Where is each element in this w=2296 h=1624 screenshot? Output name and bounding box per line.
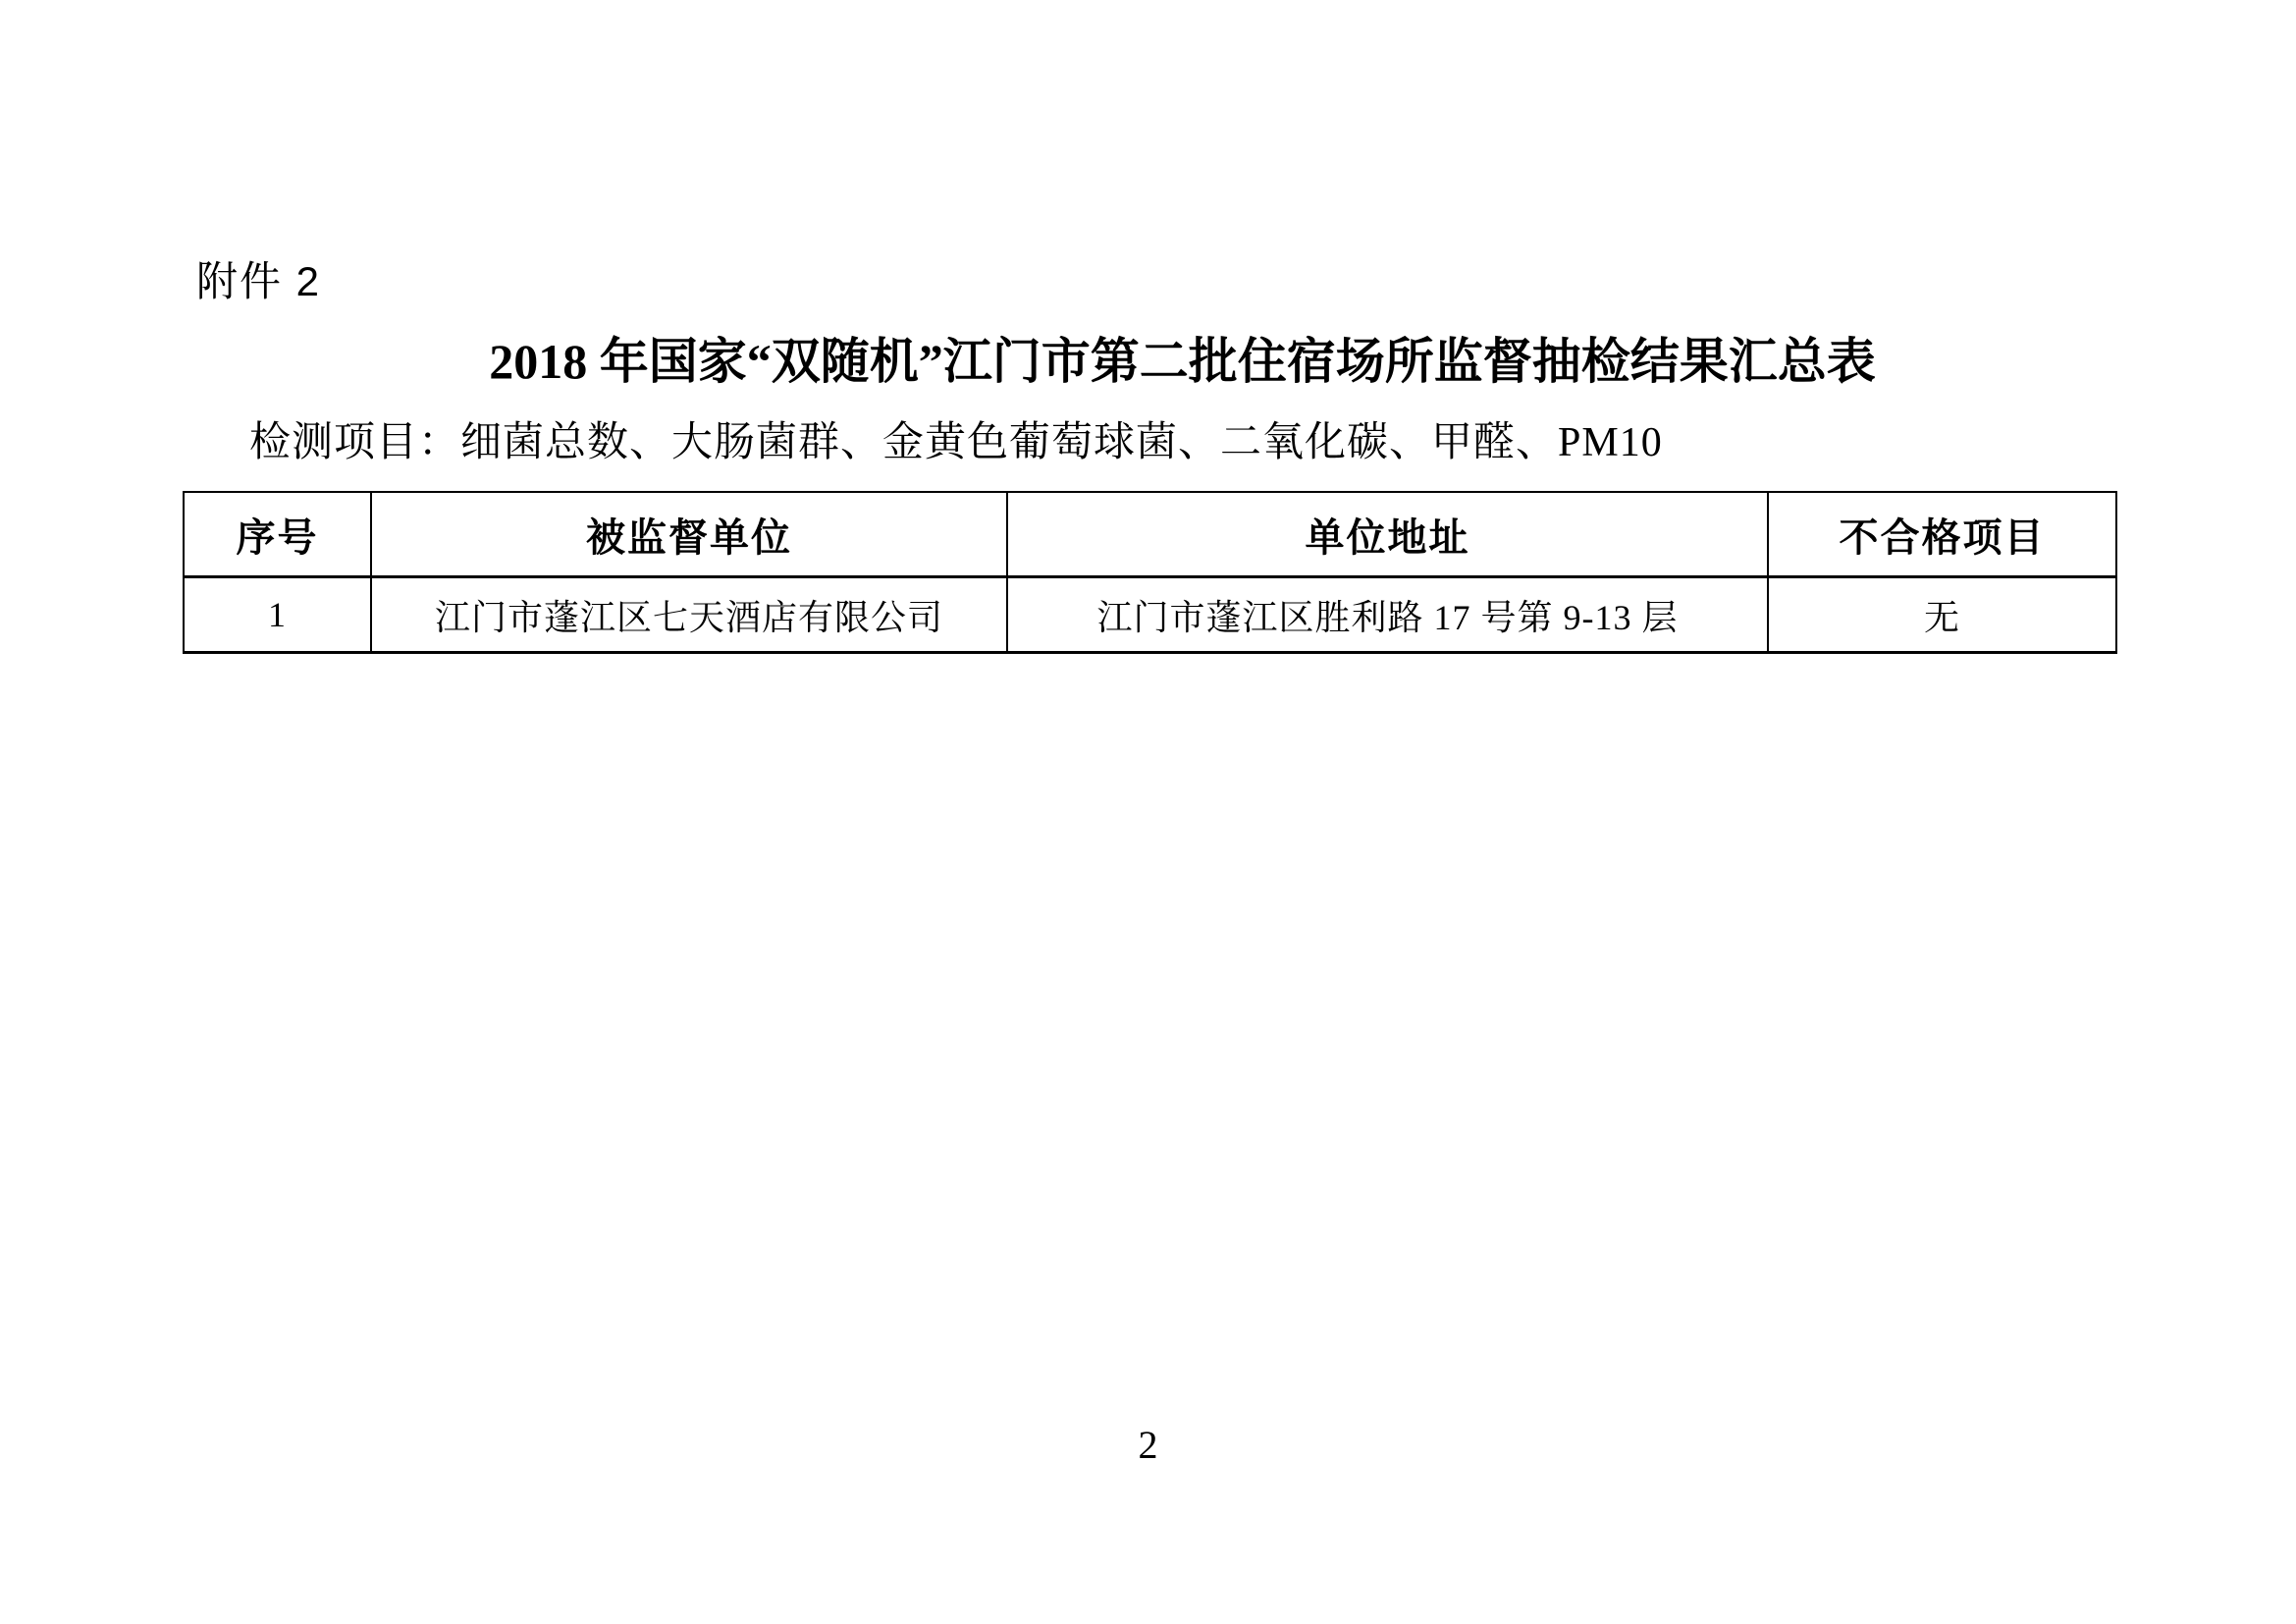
header-unit-address: 单位地址 [1007,492,1768,577]
header-failed-items: 不合格项目 [1768,492,2116,577]
cell-serial-number: 1 [184,577,371,653]
results-table: 序号 被监督单位 单位地址 不合格项目 1 江门市蓬江区七天酒店有限公司 江门市… [183,491,2117,654]
table-row: 1 江门市蓬江区七天酒店有限公司 江门市蓬江区胜利路 17 号第 9-13 层 … [184,577,2116,653]
header-serial-number: 序号 [184,492,371,577]
cell-supervised-unit: 江门市蓬江区七天酒店有限公司 [371,577,1007,653]
document-title: 2018 年国家“双随机”江门市第二批住宿场所监督抽检结果汇总表 [69,332,2296,391]
header-supervised-unit: 被监督单位 [371,492,1007,577]
table-header-row: 序号 被监督单位 单位地址 不合格项目 [184,492,2116,577]
cell-failed-items: 无 [1768,577,2116,653]
cell-unit-address: 江门市蓬江区胜利路 17 号第 9-13 层 [1007,577,1768,653]
test-items-line: 检测项目：细菌总数、大肠菌群、金黄色葡萄球菌、二氧化碳、甲醛、PM10 [249,418,1663,467]
page-number: 2 [0,1426,2296,1465]
attachment-label: 附件 2 [196,258,321,305]
document-page: 附件 2 2018 年国家“双随机”江门市第二批住宿场所监督抽检结果汇总表 检测… [0,0,2296,1624]
